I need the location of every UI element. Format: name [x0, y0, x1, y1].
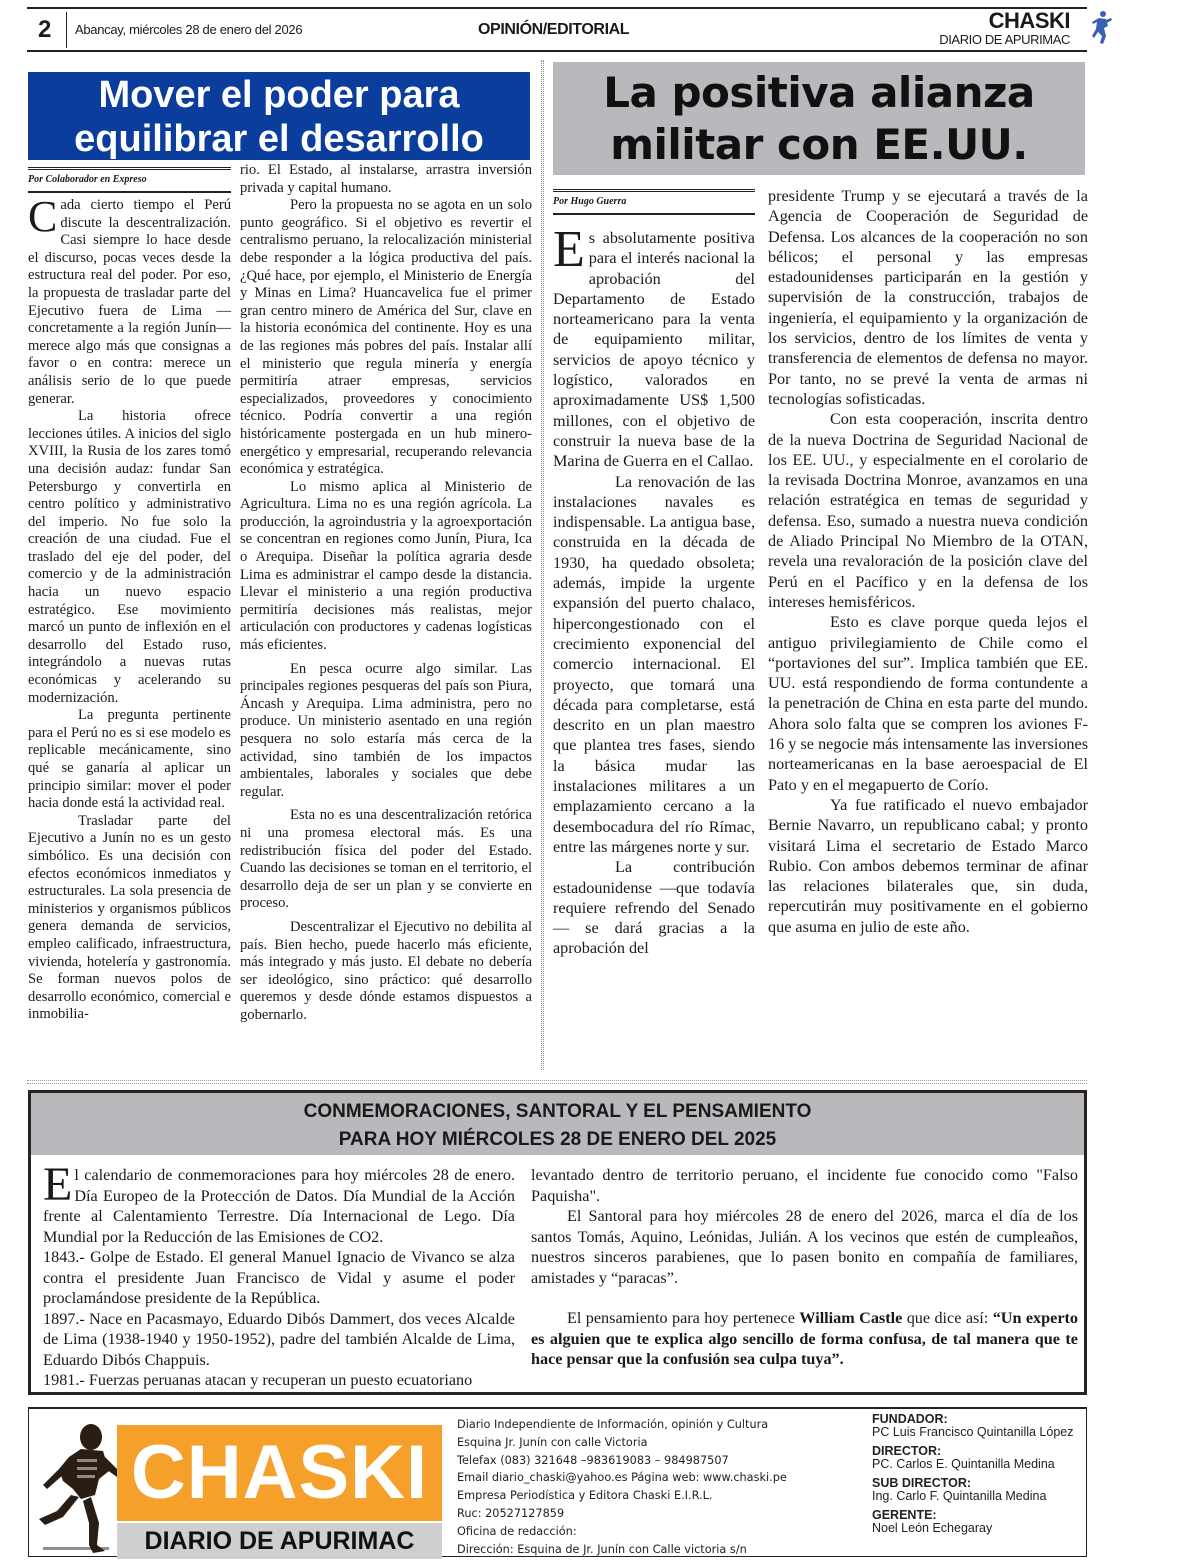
byline-text: Por Hugo Guerra — [553, 194, 755, 210]
paragraph: Es absolutamente positiva para el interé… — [553, 228, 755, 472]
brand-subtitle: DIARIO DE APURIMAC — [939, 32, 1070, 47]
article1-byline: Por Colaborador en Expreso — [28, 167, 231, 193]
headline-line: Mover el poder para — [28, 73, 530, 117]
paragraph: La contribución estadounidense —que toda… — [553, 857, 755, 958]
paragraph: En pesca ocurre algo similar. Las princi… — [240, 661, 532, 802]
runner-figure-icon — [33, 1419, 123, 1557]
paragraph: presidente Trump y se ejecutará a través… — [768, 186, 1088, 409]
paragraph: Esta no es una descentralización retóric… — [240, 807, 532, 913]
box-title-line: PARA HOY MIÉRCOLES 28 DE ENERO DEL 2025 — [31, 1126, 1084, 1154]
dropcap: C — [28, 199, 57, 235]
headline-line: La positiva alianza — [553, 67, 1085, 119]
event-continuation: levantado dentro de territorio peruano, … — [531, 1165, 1078, 1206]
info-line: Email diario_chaski@yahoo.es Página web:… — [457, 1469, 787, 1487]
publisher-info: Diario Independiente de Información, opi… — [457, 1416, 787, 1558]
page-number: 2 — [38, 16, 51, 44]
dropcap: E — [553, 230, 585, 270]
dropcap: E — [43, 1166, 72, 1204]
info-line: Diario Independiente de Información, opi… — [457, 1416, 787, 1434]
commemorations-right-column: levantado dentro de territorio peruano, … — [531, 1165, 1078, 1370]
header-brand: CHASKI DIARIO DE APURIMAC — [939, 10, 1070, 47]
staff-credits: FUNDADOR: PC Luis Francisco Quintanilla … — [872, 1413, 1074, 1535]
paragraph: La pregunta pertinente para el Perú no e… — [28, 707, 231, 813]
info-line: Esquina Jr. Junín con calle Victoria — [457, 1434, 787, 1452]
paragraph: Ya fue ratificado el nuevo embajador Ber… — [768, 795, 1088, 937]
issue-date: Abancay, miércoles 28 de enero del 2026 — [75, 22, 302, 37]
paragraph: El calendario de conmemoraciones para ho… — [43, 1165, 515, 1247]
byline-text: Por Colaborador en Expreso — [28, 172, 231, 188]
column-divider — [541, 60, 544, 1070]
runner-icon — [1090, 10, 1112, 46]
staff-name: PC Luis Francisco Quintanilla López — [872, 1426, 1074, 1439]
header-bottom-rule — [27, 50, 1087, 52]
paragraph: Descentralizar el Ejecutivo no debilita … — [240, 919, 532, 1025]
info-line: Dirección: Esquina de Jr. Junín con Call… — [457, 1541, 787, 1559]
staff-name: Noel León Echegaray — [872, 1522, 1074, 1535]
chaski-logo: CHASKI DIARIO DE APURIMAC — [29, 1415, 429, 1555]
article2-column-2: presidente Trump y se ejecutará a través… — [768, 186, 1088, 937]
article2-headline: La positiva alianza militar con EE.UU. — [553, 62, 1085, 175]
staff-name: Ing. Carlo F. Quintanilla Medina — [872, 1490, 1074, 1503]
event-item: 1843.- Golpe de Estado. El general Manue… — [43, 1247, 515, 1309]
info-line: Empresa Periodística y Editora Chaski E.… — [457, 1487, 787, 1505]
thought-paragraph: El pensamiento para hoy pertenece Willia… — [531, 1308, 1078, 1370]
masthead-footer: CHASKI DIARIO DE APURIMAC Diario Indepen… — [28, 1407, 1087, 1557]
paragraph: La historia ofrece lecciones útiles. A i… — [28, 408, 231, 707]
article2-column-1: Es absolutamente positiva para el interé… — [553, 228, 755, 959]
info-line: Oficina de redacción: — [457, 1523, 787, 1541]
logo-subtitle: DIARIO DE APURIMAC — [117, 1523, 442, 1559]
brand-name: CHASKI — [939, 10, 1070, 32]
paragraph: La renovación de las instalaciones naval… — [553, 472, 755, 858]
box-title-line: CONMEMORACIONES, SANTORAL Y EL PENSAMIEN… — [31, 1098, 1084, 1126]
section-title: OPINIÓN/EDITORIAL — [478, 21, 629, 39]
paragraph: Lo mismo aplica al Ministerio de Agricul… — [240, 479, 532, 655]
paragraph: Con esta cooperación, inscrita dentro de… — [768, 409, 1088, 612]
santoral-paragraph: El Santoral para hoy miércoles 28 de ene… — [531, 1206, 1078, 1288]
article1-column-2: rio. El Estado, al instalarse, arrastra … — [240, 162, 532, 1025]
info-line: Telefax (083) 321648 –983619083 – 984987… — [457, 1452, 787, 1470]
commemorations-box: CONMEMORACIONES, SANTORAL Y EL PENSAMIEN… — [28, 1090, 1087, 1395]
staff-name: PC. Carlos E. Quintanilla Medina — [872, 1458, 1074, 1471]
headline-line: equilibrar el desarrollo — [28, 117, 530, 161]
paragraph: Pero la propuesta no se agota en un solo… — [240, 197, 532, 479]
logo-wordmark: CHASKI — [117, 1425, 442, 1521]
article2-byline: Por Hugo Guerra — [553, 189, 755, 215]
section-divider — [27, 1080, 1087, 1084]
header-top-rule — [27, 7, 1087, 9]
commemorations-header: CONMEMORACIONES, SANTORAL Y EL PENSAMIEN… — [31, 1093, 1084, 1155]
article1-column-1: Cada cierto tiempo el Perú discute la de… — [28, 197, 231, 1024]
event-item: 1981.- Fuerzas peruanas atacan y recuper… — [43, 1370, 515, 1391]
header-divider — [66, 12, 67, 48]
article1-headline: Mover el poder para equilibrar el desarr… — [28, 72, 530, 160]
info-line: Ruc: 20527127859 — [457, 1505, 787, 1523]
headline-line: militar con EE.UU. — [553, 119, 1085, 171]
event-item: 1897.- Nace en Pacasmayo, Eduardo Dibós … — [43, 1309, 515, 1371]
paragraph: rio. El Estado, al instalarse, arrastra … — [240, 162, 532, 197]
thought-author: William Castle — [799, 1309, 902, 1327]
paragraph: Cada cierto tiempo el Perú discute la de… — [28, 197, 231, 408]
paragraph: Esto es clave porque queda lejos el anti… — [768, 612, 1088, 795]
paragraph: Trasladar parte del Ejecutivo a Junín no… — [28, 813, 231, 1024]
commemorations-left-column: El calendario de conmemoraciones para ho… — [43, 1165, 515, 1391]
